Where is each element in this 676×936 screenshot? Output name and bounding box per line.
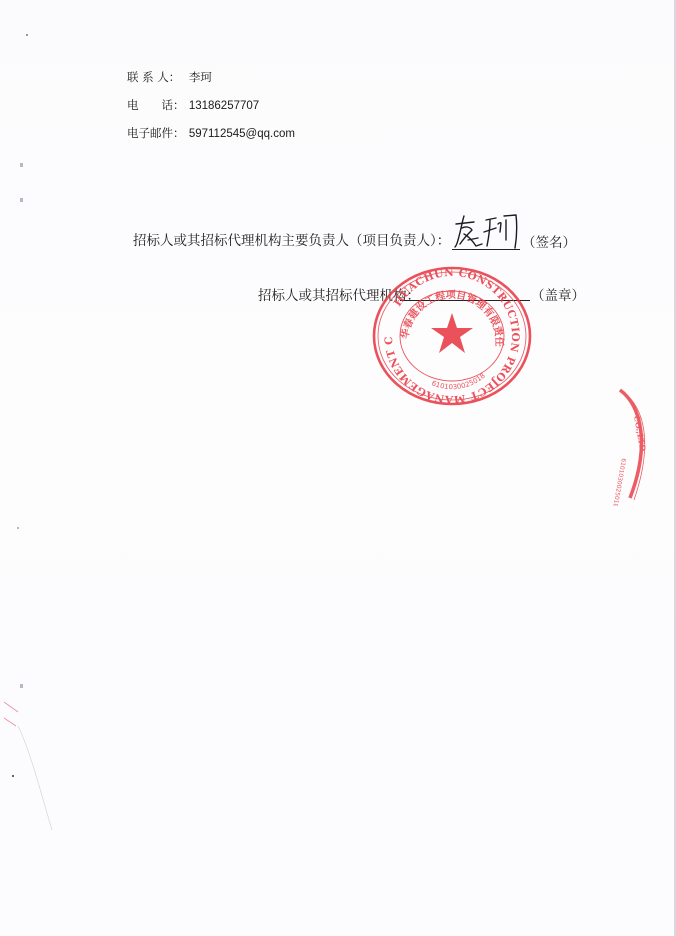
phone-label: 电 话： [127, 98, 185, 112]
scan-speck [26, 34, 28, 36]
email-row: 电子邮件： 597112545@qq.com [127, 126, 295, 141]
signature-suffix: （签名） [522, 231, 576, 251]
email-value: 597112545@qq.com [189, 127, 295, 141]
partial-seal-stamp: CO.,LTD. 6101030025018 [612, 386, 676, 506]
company-seal-stamp: HUACHUN CONSTRUCTION PROJECT MANAGEMENT … [368, 265, 536, 407]
scan-speck [20, 198, 23, 202]
responsible-person-label: 招标人或其招标代理机构主要负责人（项目负责人）： [133, 229, 450, 249]
contact-person-label: 联 系 人： [127, 70, 185, 84]
seal-suffix: （盖章） [531, 284, 585, 304]
phone-value: 13186257707 [189, 99, 259, 113]
scan-speck [20, 163, 23, 167]
handwritten-signature [452, 210, 522, 250]
scanned-document-page: 联 系 人： 李珂 电 话： 13186257707 电子邮件： 5971125… [0, 0, 676, 936]
scan-scratch-marks [0, 690, 60, 840]
scan-speck [17, 527, 19, 529]
email-label: 电子邮件： [127, 126, 185, 140]
phone-row: 电 话： 13186257707 [127, 98, 259, 113]
contact-person-row: 联 系 人： 李珂 [127, 70, 212, 85]
svg-text:CO.,LTD.: CO.,LTD. [632, 415, 649, 455]
svg-text:6101030025018: 6101030025018 [612, 458, 627, 506]
contact-person-value: 李珂 [189, 71, 212, 85]
scan-speck [20, 684, 23, 688]
